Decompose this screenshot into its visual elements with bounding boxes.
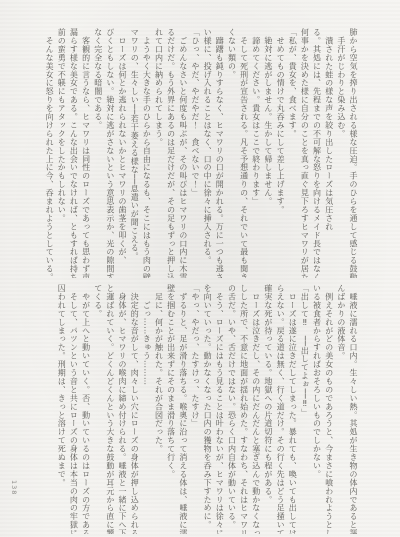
scanned-novel-page: { "page": { "page_number": "138", "color…	[0, 0, 400, 537]
text-column: 絶対に逃がしません。生かして帰しません。	[262, 28, 274, 278]
text-column: と運ばれていく。どくんどくんという大きな鼓動が耳元から直に響い	[104, 284, 116, 534]
text-column: れて口内に納められてしまう。	[152, 28, 164, 278]
text-column: 諦めてください。貴女はここで終わります」	[250, 28, 262, 278]
text-column: 身体が、ヒマワリの喉肉に締め付けられる。唾液と一緒に下へ下へ	[116, 284, 128, 534]
text-column: 確実な死が待っている。地獄への片道切符にも程がある。	[262, 284, 274, 534]
text-column: ようやく大きな手のひらから自由になるも、そこにはもう肉の壁、ヒ	[140, 28, 152, 278]
text-column: ごっ……きゅう………	[140, 284, 152, 534]
text-column: る。其処には、先程までの不可解な怒りを向けるメイド長ではなく、	[310, 28, 322, 278]
text-column: の舌だ。いや、舌だけではない。恐らく口内自体が動いている。	[225, 284, 237, 534]
text-column: そんな美女に怒りを向けられた上に今、呑まれようとしている。	[43, 28, 55, 278]
text-block-lower: 唾液に濡れる口内。生々しい熱。其処が生き物の体内であると謳わんばかりの液体音。 …	[55, 284, 359, 534]
text-column: 「やっ、やだっ、たすけっ、たすけ」	[189, 284, 201, 534]
text-column: ローズは泣きだし、その内にだんだんと塞ぎ込んで動かなくなって少	[250, 284, 262, 534]
text-column: 「ひっ、やだ、やだやだ！ 食べないで！」	[189, 28, 201, 278]
text-column: い様に、投げ入れることはなく、口の中に徐々に挿入される。	[201, 28, 213, 278]
text-column: 囚われてしまった。刑期は、きっと溶けて死ぬまで。	[55, 284, 67, 534]
text-block-upper: 肺から空気を搾り出される様な圧迫。手のひらを通して感じる鼓動。 手汗がじわりと染…	[43, 28, 359, 278]
text-column: 潰された蛙の様な声を絞り出したローズは気圧され	[323, 28, 335, 278]
text-column: ごめんなさいと何度も叫ぶが、その叫びはヒマワリの口内に木霊す	[177, 28, 189, 278]
text-column: そう、ローズにはもう見ることは叶わないが、ヒマワリは徐々に上	[213, 284, 225, 534]
text-column: んばかりの液体音。	[335, 284, 347, 534]
text-column: ローズは何とか逃れられないかとヒマワリの歯茎を叩くが、	[116, 28, 128, 278]
text-column: いる被食者からすればおそろしいものでしかない。	[310, 284, 322, 534]
text-column: 例えそれがどの美女のものであろうと、今まさに喰われようとして	[323, 284, 335, 534]
text-column: 「出して‼ ──出してよぉ──‼」	[298, 284, 310, 534]
text-column: ローズは遂に泣きだしてしまった。暴れても、喚いても出してはも	[286, 284, 298, 534]
text-column: せめてもの情けで丸呑みにして差し上げます。	[274, 28, 286, 278]
text-column: マワリの、生々しい──若干萎える様な──息遣いが聞こえる。	[128, 28, 140, 278]
text-column: びくともしない。絶対に逃がさないという意思表示か、光の隙間すら	[104, 28, 116, 278]
text-column: くない類の。	[225, 28, 237, 278]
text-column: 客観的に言うなら、ヒマワリは同性のローズであっても思わず声を	[79, 28, 91, 278]
text-column: てくる。	[92, 284, 104, 534]
text-column: 壁を掴むことが出来ずにそのまま滑り落ちて行く。	[165, 284, 177, 534]
text-column: るだけだ。もう外界にあるのは足だけだが、その足もずっと押し込ま	[165, 28, 177, 278]
page-number: 138	[10, 480, 18, 495]
text-column: 何事かを決めた様に自分のことを真っ直ぐ見下ろすヒマワリが居た。	[298, 28, 310, 278]
text-column: 決定的な音がして、肉々しい穴にローズの身体が押し込められる。	[128, 284, 140, 534]
text-column: 足に、何かが触れた。それが合図だった。	[152, 284, 164, 534]
text-column: らえない。戻る道は無く、行く道だけ。その行く先はどう足掻いても	[274, 284, 286, 534]
text-column: そして、パツンという音と共にローズの身体は本当の肉の牢獄に	[67, 284, 79, 534]
text-column: 漏らす様な美女である。こんな出会いでなければ、ともすれば持ち	[67, 28, 79, 278]
text-column: そして死刑が宣告される。凡そ予想通りの、それでいて最も聞きた	[237, 28, 249, 278]
text-column: ずるりと、足が滑り落ちる。喉奥に沿って消える体は、唾液に濡れた	[177, 284, 189, 534]
text-column: しした所で、不意に地面が揺れ始めた。すなわち、それはヒマワリ	[237, 284, 249, 534]
text-column: 唾液に濡れる口内。生々しい熱。其処が生き物の体内であると謳わ	[347, 284, 359, 534]
text-column: を向いていった。動かなくなった口内の獲物を呑み下すために。	[201, 284, 213, 534]
text-column: やがて上へと動いていく。否、動いているのはローズの方である。	[79, 284, 91, 534]
text-column: 躊躇も鈍りすらなく、ヒマワリの口が開かれる。万に一つも逃さな	[213, 28, 225, 278]
text-column: 「私が、貴女を、食べます。	[286, 28, 298, 278]
text-column: 前の蛮勇で不躾にもアタックをしたかもしれない。	[55, 28, 67, 278]
text-column: なく完全なる暗闇である。	[92, 28, 104, 278]
text-column: 手汗がじわりと染み込む。	[335, 28, 347, 278]
text-column: 肺から空気を搾り出される様な圧迫。手のひらを通して感じる鼓動。	[347, 28, 359, 278]
